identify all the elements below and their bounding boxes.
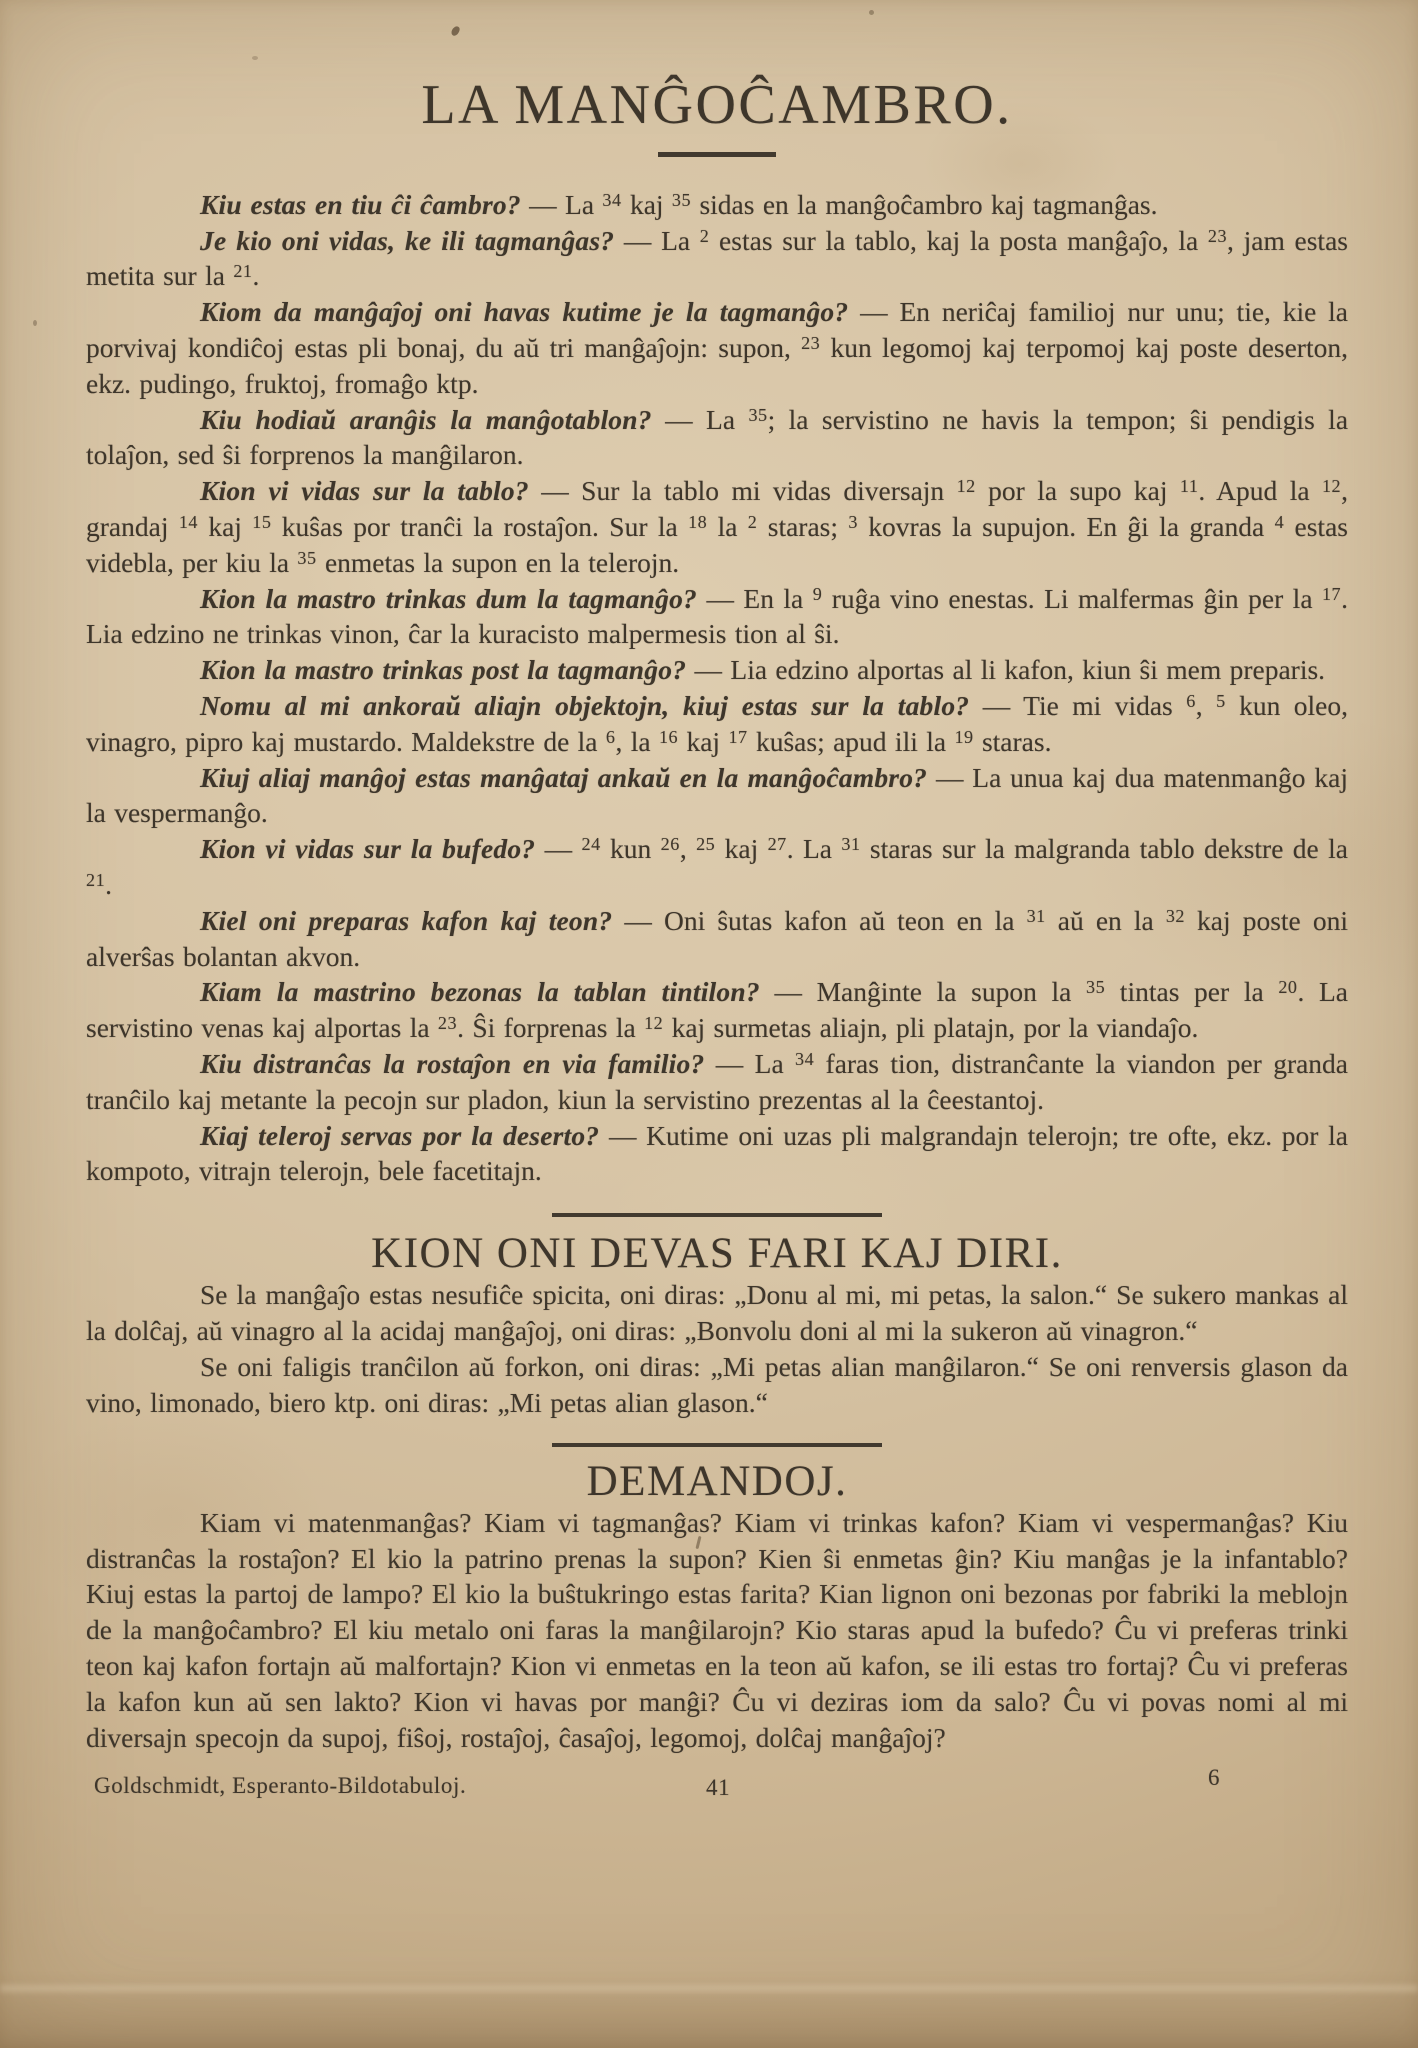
question-text: Kion la mastro trinkas dum la tagmanĝo? bbox=[200, 583, 697, 614]
picture-ref-number: 21 bbox=[233, 261, 252, 281]
picture-ref-number: 6 bbox=[606, 727, 616, 747]
question-text: Kiaj teleroj servas por la deserto? bbox=[200, 1120, 599, 1151]
picture-ref-number: 4 bbox=[1275, 512, 1285, 532]
picture-ref-number: 12 bbox=[1322, 476, 1341, 496]
section-divider-1 bbox=[552, 1213, 882, 1217]
picture-ref-number: 24 bbox=[582, 834, 601, 854]
picture-ref-number: 23 bbox=[1208, 226, 1227, 246]
picture-ref-number: 2 bbox=[748, 512, 758, 532]
picture-ref-number: 15 bbox=[252, 512, 271, 532]
qa-paragraph: Kiuj aliaj manĝoj estas manĝataj ankaŭ e… bbox=[86, 760, 1348, 832]
picture-ref-number: 19 bbox=[954, 727, 973, 747]
picture-ref-number: 35 bbox=[1086, 977, 1105, 997]
picture-ref-number: 2 bbox=[700, 226, 710, 246]
section-heading-instructions: KION ONI DEVAS FARI KAJ DIRI. bbox=[86, 1230, 1348, 1277]
qa-paragraph: Kiaj teleroj servas por la deserto? — Ku… bbox=[86, 1118, 1348, 1190]
picture-ref-number: 11 bbox=[1180, 476, 1198, 496]
page-footer: Goldschmidt, Esperanto-Bildotabuloj. 41 … bbox=[86, 1771, 1348, 1805]
picture-ref-number: 35 bbox=[748, 405, 767, 425]
qa-paragraph: Kiom da manĝaĵoj oni havas kutime je la … bbox=[86, 294, 1348, 401]
picture-ref-number: 34 bbox=[795, 1049, 814, 1069]
picture-ref-number: 12 bbox=[644, 1013, 663, 1033]
book-page: LA MANĜOĈAMBRO. Kiu estas en tiu ĉi ĉamb… bbox=[0, 0, 1418, 2048]
picture-ref-number: 3 bbox=[848, 512, 858, 532]
question-text: Kiuj aliaj manĝoj estas manĝataj ankaŭ e… bbox=[200, 762, 927, 793]
question-text: Kiu estas en tiu ĉi ĉambro? bbox=[200, 189, 521, 220]
title-divider bbox=[658, 152, 776, 157]
question-text: Je kio oni vidas, ke ili tagmanĝas? bbox=[200, 225, 614, 256]
qa-paragraph: Kiu estas en tiu ĉi ĉambro? — La 34 kaj … bbox=[86, 187, 1348, 223]
footer-book-title: Goldschmidt, Esperanto-Bildotabuloj. bbox=[94, 1773, 466, 1799]
picture-ref-number: 17 bbox=[728, 727, 747, 747]
picture-ref-number: 26 bbox=[661, 834, 680, 854]
picture-ref-number: 12 bbox=[957, 476, 976, 496]
instructions-section: Se la manĝaĵo estas nesufiĉe spicita, on… bbox=[86, 1277, 1348, 1420]
question-text: Kiu hodiaŭ aranĝis la manĝotablon? bbox=[200, 404, 652, 435]
demandoj-section: Kiam vi matenmanĝas? Kiam vi tagmanĝas? … bbox=[86, 1505, 1348, 1756]
question-text: Kion vi vidas sur la bufedo? bbox=[200, 833, 535, 864]
picture-ref-number: 20 bbox=[1278, 977, 1297, 997]
question-text: Kiu distranĉas la rostaĵon en via famili… bbox=[200, 1048, 704, 1079]
picture-ref-number: 14 bbox=[179, 512, 198, 532]
picture-ref-number: 23 bbox=[438, 1013, 457, 1033]
picture-ref-number: 9 bbox=[813, 584, 823, 604]
qa-section: Kiu estas en tiu ĉi ĉambro? — La 34 kaj … bbox=[86, 187, 1348, 1189]
answer-text: — Lia edzino alportas al li kafon, kiun … bbox=[695, 654, 1326, 685]
page-number: 41 bbox=[706, 1775, 730, 1801]
picture-ref-number: 35 bbox=[297, 548, 316, 568]
picture-ref-number: 27 bbox=[768, 834, 787, 854]
picture-ref-number: 34 bbox=[602, 190, 621, 210]
text-paragraph: Kiam vi matenmanĝas? Kiam vi tagmanĝas? … bbox=[86, 1505, 1348, 1756]
paper-speck bbox=[33, 320, 37, 326]
question-text: Kiom da manĝaĵoj oni havas kutime je la … bbox=[200, 296, 848, 327]
picture-ref-number: 16 bbox=[659, 727, 678, 747]
section-heading-demandoj: DEMANDOJ. bbox=[86, 1458, 1348, 1505]
picture-ref-number: 25 bbox=[696, 834, 715, 854]
picture-ref-number: 5 bbox=[1216, 691, 1226, 711]
qa-paragraph: Nomu al mi ankoraŭ aliajn objektojn, kiu… bbox=[86, 688, 1348, 760]
picture-ref-number: 32 bbox=[1166, 906, 1185, 926]
question-text: Kiel oni preparas kafon kaj teon? bbox=[200, 905, 612, 936]
text-paragraph: Se la manĝaĵo estas nesufiĉe spicita, on… bbox=[86, 1277, 1348, 1349]
paper-crease bbox=[0, 1985, 1418, 1992]
qa-paragraph: Kiu distranĉas la rostaĵon en via famili… bbox=[86, 1046, 1348, 1118]
page-edge-shadow bbox=[0, 1970, 1418, 2048]
picture-ref-number: 23 bbox=[801, 333, 820, 353]
qa-paragraph: Kion la mastro trinkas post la tagmanĝo?… bbox=[86, 652, 1348, 688]
page-content: LA MANĜOĈAMBRO. Kiu estas en tiu ĉi ĉamb… bbox=[86, 0, 1348, 1805]
footer-sheet-number: 6 bbox=[1208, 1765, 1220, 1791]
question-text: Kiam la mastrino bezonas la tablan tinti… bbox=[200, 976, 760, 1007]
qa-paragraph: Kion la mastro trinkas dum la tagmanĝo? … bbox=[86, 581, 1348, 653]
picture-ref-number: 18 bbox=[688, 512, 707, 532]
qa-paragraph: Kion vi vidas sur la bufedo? — 24 kun 26… bbox=[86, 831, 1348, 903]
section-divider-2 bbox=[552, 1443, 882, 1447]
question-text: Nomu al mi ankoraŭ aliajn objektojn, kiu… bbox=[200, 690, 969, 721]
qa-paragraph: Kion vi vidas sur la tablo? — Sur la tab… bbox=[86, 473, 1348, 580]
picture-ref-number: 17 bbox=[1322, 584, 1341, 604]
question-text: Kion la mastro trinkas post la tagmanĝo? bbox=[200, 654, 686, 685]
question-text: Kion vi vidas sur la tablo? bbox=[200, 475, 529, 506]
qa-paragraph: Kiam la mastrino bezonas la tablan tinti… bbox=[86, 974, 1348, 1046]
picture-ref-number: 31 bbox=[1027, 906, 1046, 926]
picture-ref-number: 21 bbox=[86, 870, 105, 890]
picture-ref-number: 35 bbox=[672, 190, 691, 210]
qa-paragraph: Kiu hodiaŭ aranĝis la manĝotablon? — La … bbox=[86, 402, 1348, 474]
text-paragraph: Se oni faligis tranĉilon aŭ forkon, oni … bbox=[86, 1349, 1348, 1421]
picture-ref-number: 6 bbox=[1186, 691, 1196, 711]
picture-ref-number: 31 bbox=[841, 834, 860, 854]
qa-paragraph: Kiel oni preparas kafon kaj teon? — Oni … bbox=[86, 903, 1348, 975]
qa-paragraph: Je kio oni vidas, ke ili tagmanĝas? — La… bbox=[86, 223, 1348, 295]
page-title: LA MANĜOĈAMBRO. bbox=[86, 76, 1348, 135]
answer-text: — La 34 kaj 35 sidas en la manĝoĉambro k… bbox=[529, 189, 1157, 220]
